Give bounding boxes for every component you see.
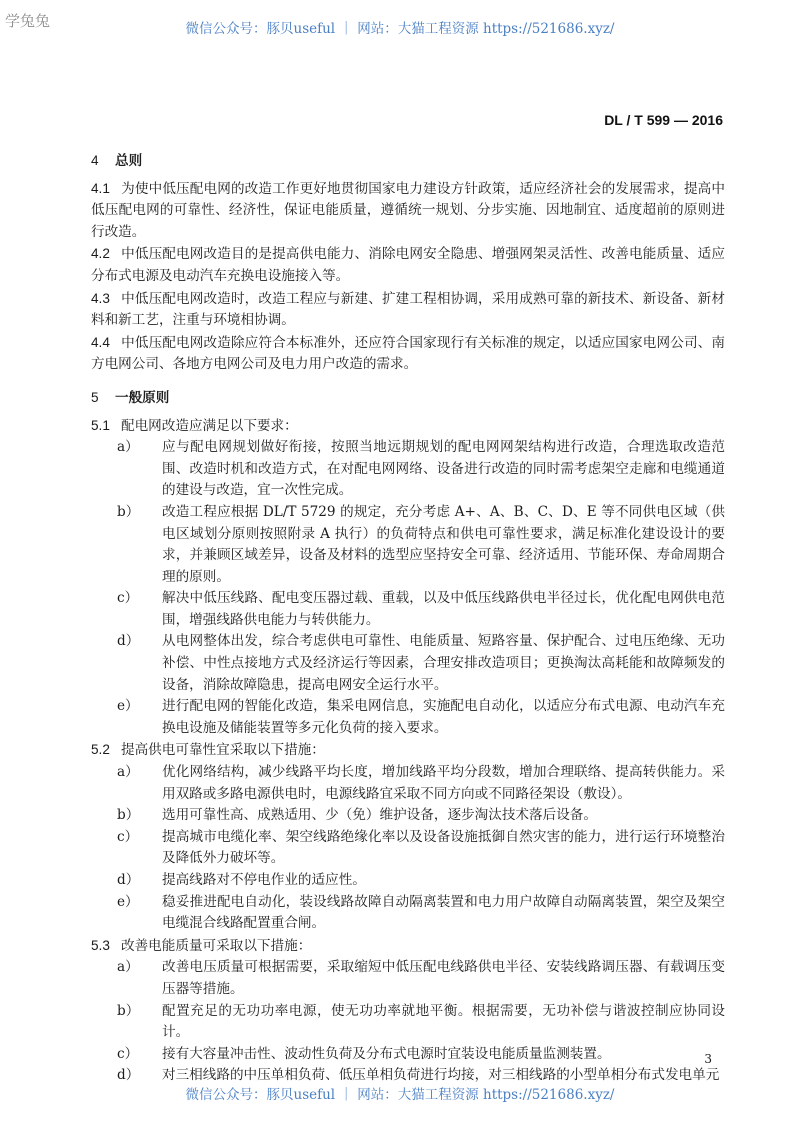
clause-number: 5.1 — [91, 415, 121, 437]
clause-text: 提高供电可靠性宜采取以下措施： — [121, 742, 325, 758]
item-text: 配置充足的无功功率电源，使无功功率就地平衡。根据需要，无功补偿与谐波控制应协同设… — [162, 1003, 725, 1041]
clause-number: 4.2 — [91, 243, 121, 265]
item-label: b） — [117, 1001, 139, 1023]
item-label: c） — [117, 1044, 138, 1066]
item-label: d） — [117, 870, 139, 892]
clause-number: 4.1 — [91, 178, 121, 200]
clause-text: 为使中低压配电网的改造工作更好地贯彻国家电力建设方针政策，适应经济社会的发展需求… — [91, 181, 725, 240]
clause-4-4: 4.4中低压配电网改造除应符合本标准外，还应符合国家现行有关标准的规定，以适应国… — [91, 332, 725, 376]
section-title: 一般原则 — [115, 390, 169, 406]
item-text: 提高线路对不停电作业的适应性。 — [162, 872, 366, 888]
item-text: 提高城市电缆化率、架空线路绝缘化率以及设备设施抵御自然灾害的能力，进行运行环境整… — [162, 829, 725, 867]
item-label: e） — [117, 696, 139, 718]
item-text: 应与配电网规划做好衔接，按照当地远期规划的配电网网架结构进行改造，合理选取改造范… — [162, 439, 725, 498]
item-label: a） — [117, 762, 139, 784]
list-item: c）接有大容量冲击性、波动性负荷及分布式电源时宜装设电能质量监测装置。 — [91, 1044, 725, 1066]
clause-text: 配电网改造应满足以下要求： — [121, 418, 298, 434]
clause-number: 5.2 — [91, 739, 121, 761]
item-label: b） — [117, 805, 139, 827]
document-body: 4总则 4.1为使中低压配电网的改造工作更好地贯彻国家电力建设方针政策，适应经济… — [91, 150, 725, 1087]
section-4-heading: 4总则 — [91, 150, 725, 173]
section-number: 5 — [91, 387, 115, 409]
item-text: 从电网整体出发，综合考虑供电可靠性、电能质量、短路容量、保护配合、过电压绝缘、无… — [162, 633, 725, 692]
clause-text: 中低压配电网改造除应符合本标准外，还应符合国家现行有关标准的规定，以适应国家电网… — [91, 335, 725, 373]
item-label: c） — [117, 588, 138, 610]
page-number: 3 — [704, 1052, 712, 1066]
item-text: 接有大容量冲击性、波动性负荷及分布式电源时宜装设电能质量监测装置。 — [162, 1046, 611, 1062]
clause-5-2: 5.2提高供电可靠性宜采取以下措施： — [91, 739, 725, 762]
item-text: 进行配电网的智能化改造，集采电网信息，实施配电自动化，以适应分布式电源、电动汽车… — [162, 698, 725, 736]
list-item: a）改善电压质量可根据需要，采取缩短中低压配电线路供电半径、安装线路调压器、有载… — [91, 957, 725, 1000]
item-label: a） — [117, 437, 139, 459]
clause-number: 5.3 — [91, 935, 121, 957]
clause-text: 中低压配电网改造时，改造工程应与新建、扩建工程相协调，采用成熟可靠的新技术、新设… — [91, 291, 725, 329]
item-text: 稳妥推进配电自动化，装设线路故障自动隔离装置和电力用户故障自动隔离装置，架空及架… — [162, 894, 725, 932]
list-item: a）优化网络结构，减少线路平均长度，增加线路平均分段数，增加合理联络、提高转供能… — [91, 762, 725, 805]
list-item: d）从电网整体出发，综合考虑供电可靠性、电能质量、短路容量、保护配合、过电压绝缘… — [91, 631, 725, 696]
list-item: c）解决中低压线路、配电变压器过载、重载，以及中低压线路供电半径过长，优化配电网… — [91, 588, 725, 631]
item-text: 解决中低压线路、配电变压器过载、重载，以及中低压线路供电半径过长，优化配电网供电… — [162, 590, 725, 628]
clause-number: 4.4 — [91, 332, 121, 354]
item-label: b） — [117, 502, 139, 524]
list-item: b）配置充足的无功功率电源，使无功功率就地平衡。根据需要，无功补偿与谐波控制应协… — [91, 1001, 725, 1044]
item-text: 优化网络结构，减少线路平均长度，增加线路平均分段数，增加合理联络、提高转供能力。… — [162, 764, 725, 802]
list-item: b）改造工程应根据 DL/T 5729 的规定，充分考虑 A+、A、B、C、D、… — [91, 502, 725, 588]
item-text: 改造工程应根据 DL/T 5729 的规定，充分考虑 A+、A、B、C、D、E … — [162, 504, 725, 585]
item-label: d） — [117, 631, 139, 653]
clause-5-1: 5.1配电网改造应满足以下要求： — [91, 415, 725, 438]
header-watermark: 微信公众号：豚贝useful ｜ 网站：大猫工程资源 https://52168… — [0, 17, 800, 37]
list-item: a）应与配电网规划做好衔接，按照当地远期规划的配电网网架结构进行改造，合理选取改… — [91, 437, 725, 502]
section-number: 4 — [91, 150, 115, 172]
list-item: d）提高线路对不停电作业的适应性。 — [91, 870, 725, 892]
standard-code: DL / T 599 — 2016 — [604, 112, 723, 128]
list-item: b）选用可靠性高、成熟适用、少（免）维护设备，逐步淘汰技术落后设备。 — [91, 805, 725, 827]
list-item: c）提高城市电缆化率、架空线路绝缘化率以及设备设施抵御自然灾害的能力，进行运行环… — [91, 827, 725, 870]
clause-text: 改善电能质量可采取以下措施： — [121, 938, 311, 954]
footer-watermark: 微信公众号：豚贝useful ｜ 网站：大猫工程资源 https://52168… — [0, 1083, 800, 1103]
item-text: 对三相线路的中压单相负荷、低压单相负荷进行均接，对三相线路的小型单相分布式发电单… — [162, 1067, 719, 1083]
item-label: e） — [117, 892, 139, 914]
clause-4-1: 4.1为使中低压配电网的改造工作更好地贯彻国家电力建设方针政策，适应经济社会的发… — [91, 178, 725, 244]
section-5-heading: 5一般原则 — [91, 387, 725, 410]
item-label: a） — [117, 957, 139, 979]
list-item: e）进行配电网的智能化改造，集采电网信息，实施配电自动化，以适应分布式电源、电动… — [91, 696, 725, 739]
clause-text: 中低压配电网改造目的是提高供电能力、消除电网安全隐患、增强网架灵活性、改善电能质… — [91, 246, 725, 284]
clause-4-2: 4.2中低压配电网改造目的是提高供电能力、消除电网安全隐患、增强网架灵活性、改善… — [91, 243, 725, 287]
item-text: 改善电压质量可根据需要，采取缩短中低压配电线路供电半径、安装线路调压器、有载调压… — [162, 959, 725, 997]
list-item: e）稳妥推进配电自动化，装设线路故障自动隔离装置和电力用户故障自动隔离装置，架空… — [91, 892, 725, 935]
clause-5-3: 5.3改善电能质量可采取以下措施： — [91, 935, 725, 958]
item-text: 选用可靠性高、成熟适用、少（免）维护设备，逐步淘汰技术落后设备。 — [162, 807, 597, 823]
item-label: c） — [117, 827, 138, 849]
section-title: 总则 — [115, 153, 142, 169]
clause-4-3: 4.3中低压配电网改造时，改造工程应与新建、扩建工程相协调，采用成熟可靠的新技术… — [91, 288, 725, 332]
clause-number: 4.3 — [91, 288, 121, 310]
